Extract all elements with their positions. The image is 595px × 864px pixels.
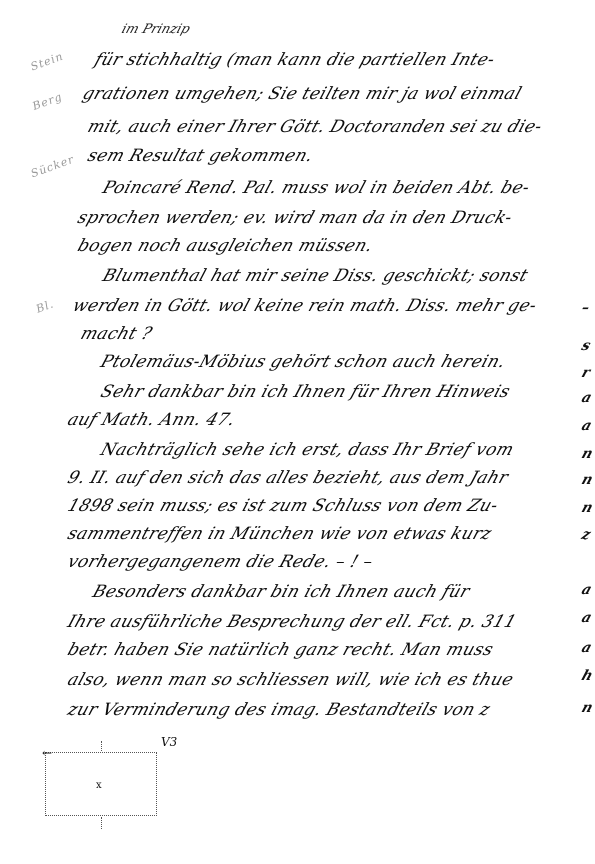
text-line-3: mit, auch einer Ihrer Gött. Doctoranden …	[85, 117, 545, 137]
edge-mark-13: h	[579, 668, 594, 684]
edge-mark-8: n	[579, 500, 594, 516]
margin-note-2: Berg	[31, 90, 64, 113]
margin-note-3: Sücker	[29, 153, 76, 181]
text-line-16: 1898 sein muss; es ist zum Schluss von d…	[65, 496, 501, 516]
edge-mark-10: a	[579, 582, 593, 598]
arrow-left-icon: ←	[42, 746, 52, 760]
insertion-above-line: im Prinzip	[120, 22, 192, 37]
edge-mark-11: a	[579, 610, 593, 626]
text-line-5: Poincaré Rend. Pal. muss wol in beiden A…	[100, 178, 532, 198]
edge-mark-3: r	[579, 365, 592, 381]
text-line-15: 9. II. auf den sich das alles bezieht, a…	[65, 468, 511, 488]
sketch-center-mark: x	[96, 780, 102, 791]
text-line-18: vorhergegangenem die Rede. – ! –	[65, 552, 376, 572]
text-line-6: sprochen werden; ev. wird man da in den …	[75, 208, 515, 228]
sketch-tick-top	[101, 741, 102, 751]
text-line-9: werden in Gött. wol keine rein math. Dis…	[70, 296, 539, 316]
text-line-23: zur Verminderung des imag. Bestandteils …	[65, 700, 493, 720]
margin-note-4: Bl.	[34, 297, 55, 315]
text-line-8: Blumenthal hat mir seine Diss. geschickt…	[100, 266, 531, 286]
edge-mark-2: s	[579, 338, 592, 354]
text-line-21: betr. haben Sie natürlich ganz recht. Ma…	[65, 640, 496, 660]
margin-note-1: Stein	[29, 50, 65, 74]
text-line-14: Nachträglich sehe ich erst, dass Ihr Bri…	[98, 440, 516, 460]
text-line-1: für stichhaltig (man kann die partiellen…	[92, 50, 497, 70]
text-line-13: auf Math. Ann. 47.	[65, 410, 238, 430]
edge-mark-4: a	[579, 390, 593, 406]
text-line-22: also, wenn man so schliessen will, wie i…	[65, 670, 516, 690]
text-line-10: macht ?	[78, 324, 155, 344]
text-line-2: grationen umgehen; Sie teilten mir ja wo…	[80, 84, 524, 104]
text-line-11: Ptolemäus-Möbius gehört schon auch herei…	[98, 352, 508, 372]
text-line-20: Ihre ausführliche Besprechung der ell. F…	[65, 612, 519, 632]
edge-mark-1: –	[579, 300, 591, 316]
sketch-label: V3	[161, 735, 177, 749]
edge-mark-14: n	[579, 700, 594, 716]
text-line-4: sem Resultat gekommen.	[85, 146, 316, 166]
edge-mark-6: n	[579, 446, 594, 462]
edge-mark-7: n	[579, 472, 594, 488]
manuscript-page: im Prinzip Stein Berg Sücker Bl. für sti…	[0, 0, 595, 864]
text-line-12: Sehr dankbar bin ich Ihnen für Ihren Hin…	[98, 382, 513, 402]
edge-mark-9: z	[579, 527, 592, 543]
geometric-sketch: ← V3 x	[45, 752, 157, 816]
text-line-17: sammentreffen in München wie von etwas k…	[65, 524, 494, 544]
edge-mark-12: a	[579, 640, 593, 656]
sketch-tick-bottom	[101, 817, 102, 829]
text-line-19: Besonders dankbar bin ich Ihnen auch für	[90, 582, 472, 602]
edge-mark-5: a	[579, 418, 593, 434]
text-line-7: bogen noch ausgleichen müssen.	[75, 236, 375, 256]
